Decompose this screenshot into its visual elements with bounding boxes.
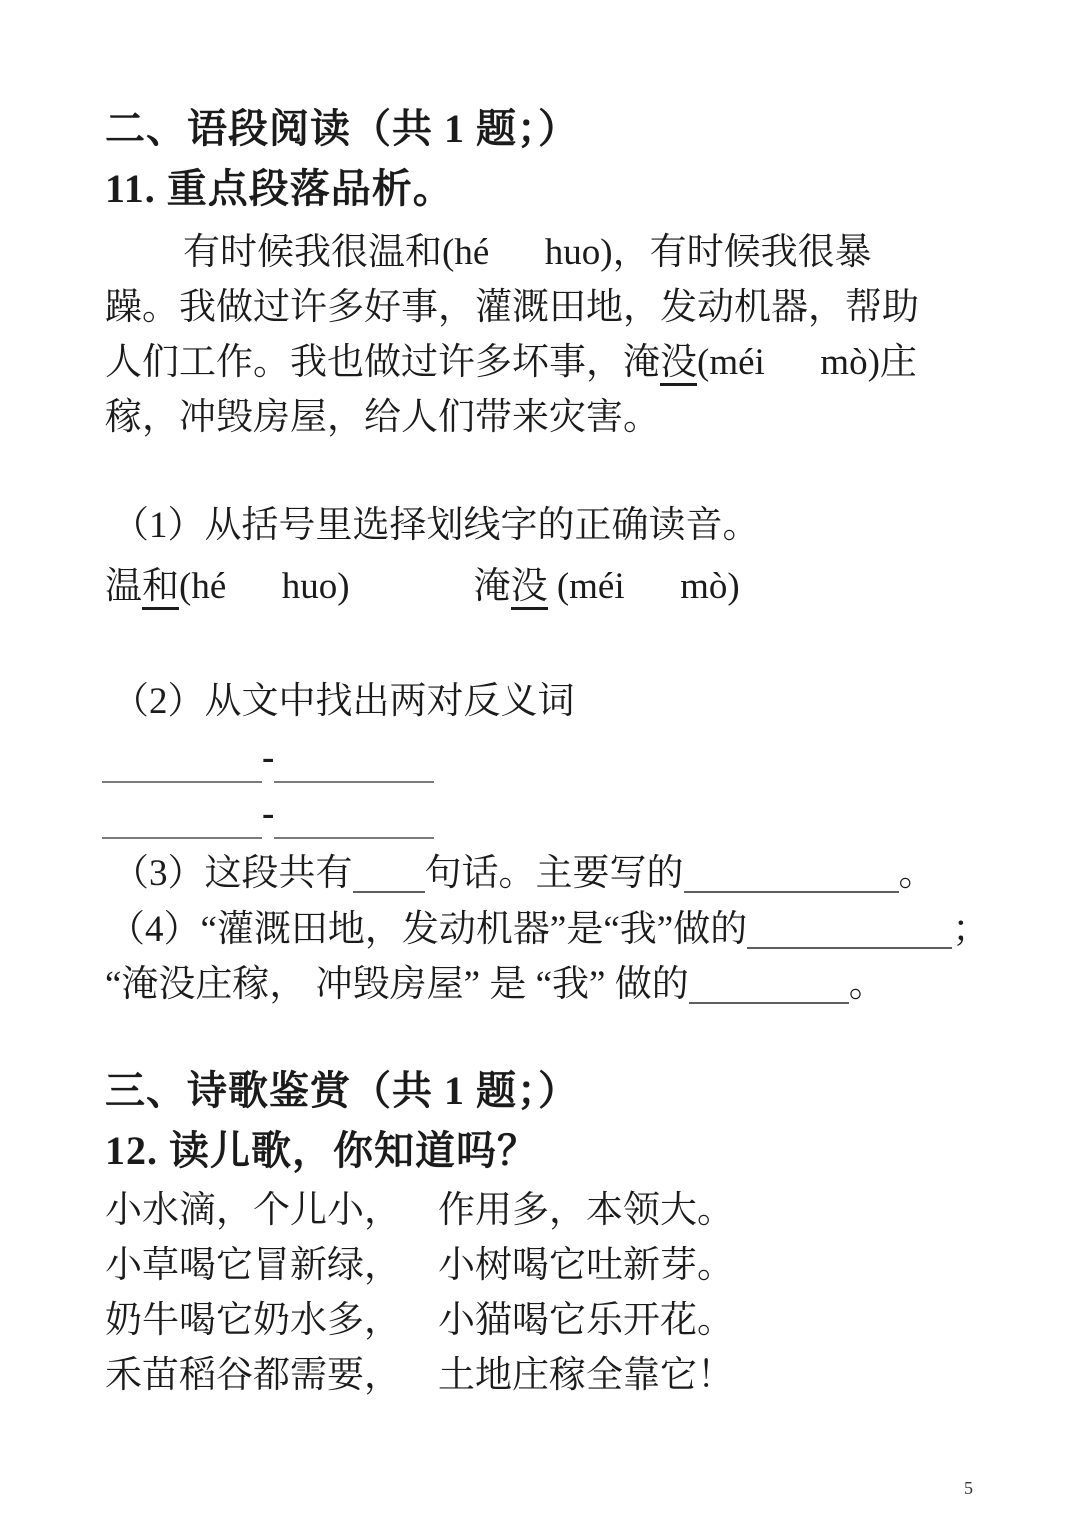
q1-word-b-pinyin: (méi mò) — [548, 566, 740, 607]
poem-line: 奶牛喝它奶水多， 小猫喝它乐开花。 — [105, 1300, 734, 1343]
q3-text-3: 。 — [899, 853, 936, 894]
section-3-title: 三、诗歌鉴赏（共 1 题；） — [105, 1068, 579, 1114]
q1-word-a-pinyin: (hé huo) — [179, 566, 350, 607]
q1-word-b-pre: 淹 — [474, 566, 511, 607]
section-2-title: 二、语段阅读（共 1 题；） — [105, 106, 579, 152]
q3-text-1: （3）这段共有 — [112, 853, 353, 894]
q3-prompt: （3）这段共有句话。主要写的。 — [112, 853, 936, 896]
q2-answer-row-1: - — [102, 737, 434, 786]
passage-line-2: 躁。我做过许多好事，灌溉田地，发动机器，帮助 — [105, 287, 919, 330]
underlined-char-he: 和 — [142, 566, 179, 610]
worksheet-page: 二、语段阅读（共 1 题；） 11. 重点段落品析。 有时候我很温和(hé hu… — [0, 0, 1080, 1527]
dash-separator: - — [262, 737, 274, 778]
answer-blank — [274, 778, 434, 783]
q2-prompt: （2）从文中找出两对反义词 — [112, 681, 575, 724]
dash-separator: - — [262, 793, 274, 834]
q4-end-1: ； — [952, 909, 989, 950]
answer-blank — [684, 888, 899, 893]
answer-blank — [747, 944, 952, 949]
poem-line: 禾苗稻谷都需要， 土地庄稼全靠它！ — [105, 1355, 734, 1398]
answer-blank — [102, 834, 262, 839]
question-11-title: 11. 重点段落品析。 — [105, 166, 454, 212]
passage-line-1: 有时候我很温和(hé huo)，有时候我很暴 — [105, 232, 872, 275]
answer-blank — [353, 888, 425, 893]
q4-line-2: “淹没庄稼， 冲毁房屋” 是 “我” 做的。 — [105, 964, 886, 1007]
passage-line-3-text: 人们工作。我也做过许多坏事，淹 — [105, 342, 660, 383]
q1-word-a-pre: 温 — [105, 566, 142, 607]
q4-text-1: （4）“灌溉田地，发动机器”是“我”做的 — [108, 909, 747, 950]
poem-line: 小草喝它冒新绿， 小树喝它吐新芽。 — [105, 1245, 734, 1288]
passage-line-4: 稼，冲毁房屋，给人们带来灾害。 — [105, 397, 660, 440]
q3-text-2: 句话。主要写的 — [425, 853, 684, 894]
page-number: 5 — [964, 1478, 973, 1499]
question-12-title: 12. 读儿歌，你知道吗？ — [105, 1128, 538, 1174]
q1-answer-words: 温和(hé huo)淹没 (méi mò) — [105, 566, 740, 609]
q4-end-2: 。 — [849, 964, 886, 1005]
q2-answer-row-2: - — [102, 793, 434, 842]
answer-blank — [689, 999, 849, 1004]
underlined-char-mo: 没 — [511, 566, 548, 610]
passage-line-3: 人们工作。我也做过许多坏事，淹没(méi mò)庄 — [105, 342, 917, 385]
q1-prompt: （1）从括号里选择划线字的正确读音。 — [112, 505, 760, 548]
answer-blank — [274, 834, 434, 839]
underlined-char-mei: 没 — [660, 342, 697, 386]
poem-line: 小水滴，个儿小， 作用多，本领大。 — [105, 1190, 734, 1233]
q4-line-1: （4）“灌溉田地，发动机器”是“我”做的； — [108, 909, 989, 952]
answer-blank — [102, 778, 262, 783]
passage-line-3-pinyin: (méi mò)庄 — [697, 342, 917, 383]
q4-text-2: “淹没庄稼， 冲毁房屋” 是 “我” 做的 — [105, 964, 689, 1005]
